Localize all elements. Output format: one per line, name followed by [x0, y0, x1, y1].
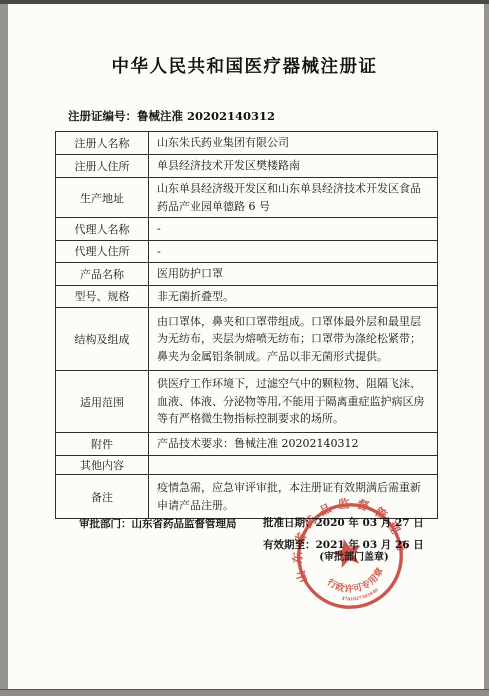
approval-department-value: 山东省药品监督管理局 [132, 518, 237, 530]
row-label: 适用范围 [56, 371, 149, 433]
registration-number-label: 注册证编号： [68, 109, 137, 123]
row-label: 注册人住所 [56, 155, 149, 178]
table-row: 注册人名称 山东朱氏药业集团有限公司 [56, 132, 438, 155]
row-value: - [149, 240, 438, 263]
row-label: 备注 [56, 475, 149, 519]
row-value: 单县经济技术开发区樊楼路南 [149, 155, 438, 178]
row-label: 附件 [56, 433, 149, 456]
row-label: 代理人住所 [56, 240, 149, 263]
row-value: 医用防护口罩 [149, 263, 438, 286]
row-label: 代理人名称 [56, 218, 149, 241]
row-label: 生产地址 [56, 178, 149, 218]
seal-authority-text: 山东省药品监督管理局 [292, 498, 408, 585]
row-value: 供医疗工作环境下，过滤空气中的颗粒物、阻隔飞沫、血液、体液、分泌物等用,不能用于… [149, 371, 438, 433]
table-row: 产品名称 医用防护口罩 [56, 263, 438, 286]
seal-caption: (审批部门盖章) [300, 548, 408, 563]
svg-text:山东省药品监督管理局: 山东省药品监督管理局 [292, 498, 408, 585]
row-value: 由口罩体，鼻夹和口罩带组成。口罩体最外层和最里层为无纺布，夹层为熔喷无纺布；口罩… [149, 308, 438, 371]
approval-department-line: 审批部门：山东省药品监督管理局 [79, 516, 237, 531]
table-row: 附件 产品技术要求：鲁械注准 20202140312 [56, 433, 438, 456]
registration-number-value: 鲁械注准 20202140312 [137, 109, 275, 123]
table-row: 生产地址 山东单县经济级开发区和山东单县经济技术开发区食品药品产业园单德路 6 … [56, 178, 438, 218]
row-label: 结构及组成 [56, 308, 149, 371]
row-value: 山东朱氏药业集团有限公司 [149, 132, 438, 155]
row-value: 产品技术要求：鲁械注准 20202140312 [149, 433, 438, 456]
table-row: 型号、规格 非无菌折叠型。 [56, 285, 438, 308]
row-label: 注册人名称 [56, 132, 149, 155]
certificate-title: 中华人民共和国医疗器械注册证 [0, 53, 489, 78]
row-label: 型号、规格 [56, 285, 149, 308]
approval-department-label: 审批部门： [79, 518, 132, 530]
scan-bottom-edge [0, 689, 489, 696]
table-row: 其他内容 [56, 456, 438, 475]
certificate-page: { "document": { "title": "中华人民共和国医疗器械注册证… [0, 0, 489, 696]
row-value: 非无菌折叠型。 [149, 285, 438, 308]
row-label: 产品名称 [56, 263, 149, 286]
row-value: - [149, 218, 438, 241]
table-row: 适用范围 供医疗工作环境下，过滤空气中的颗粒物、阻隔飞沫、血液、体液、分泌物等用… [56, 371, 438, 433]
registration-number-line: 注册证编号：鲁械注准 20202140312 [68, 108, 275, 124]
table-row: 注册人住所 单县经济技术开发区樊楼路南 [56, 155, 438, 178]
row-label: 其他内容 [56, 456, 149, 475]
table-row: 代理人住所 - [56, 240, 438, 263]
certificate-table: 注册人名称 山东朱氏药业集团有限公司 注册人住所 单县经济技术开发区樊楼路南 生… [55, 131, 438, 519]
table-row: 结构及组成 由口罩体，鼻夹和口罩带组成。口罩体最外层和最里层为无纺布，夹层为熔喷… [56, 308, 438, 371]
table-row: 代理人名称 - [56, 218, 438, 241]
row-value: 山东单县经济级开发区和山东单县经济技术开发区食品药品产业园单德路 6 号 [149, 178, 438, 218]
row-value [149, 456, 438, 475]
